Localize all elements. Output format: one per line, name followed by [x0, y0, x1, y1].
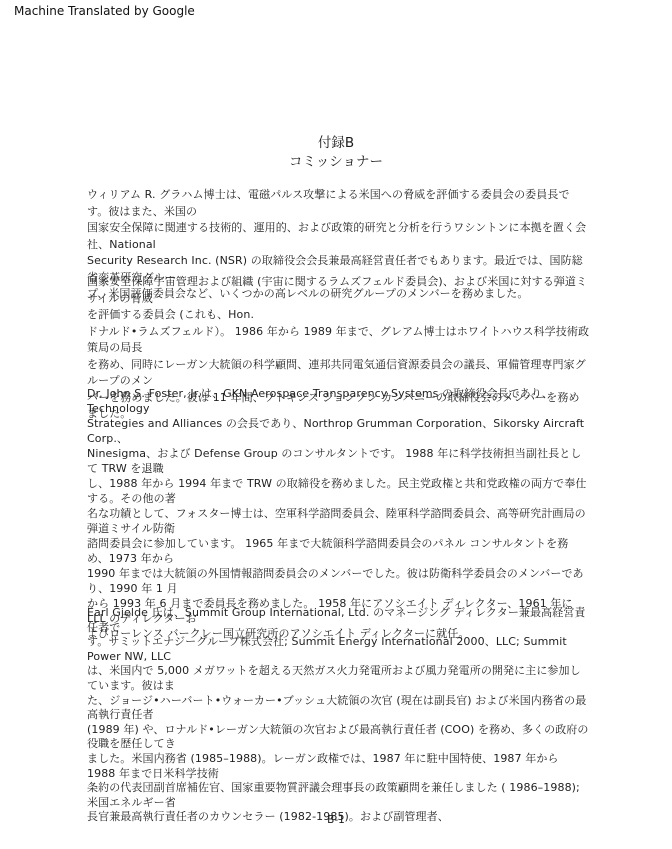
paragraph-gjelde-bio: Earl Gjelde 氏は、Summit Group Internationa…	[87, 606, 590, 825]
document-title: 付録B コミッショナー	[0, 134, 672, 172]
machine-translated-note: Machine Translated by Google	[14, 4, 195, 18]
paragraph-foster-bio: Dr. John S. Foster, Jr.は、GKN Aerospace T…	[87, 386, 590, 641]
commissioners-heading: コミッショナー	[0, 153, 672, 172]
appendix-heading: 付録B	[0, 134, 672, 153]
document-page: Machine Translated by Google 付録B コミッショナー…	[0, 0, 672, 849]
page-number: B-1	[0, 814, 672, 826]
